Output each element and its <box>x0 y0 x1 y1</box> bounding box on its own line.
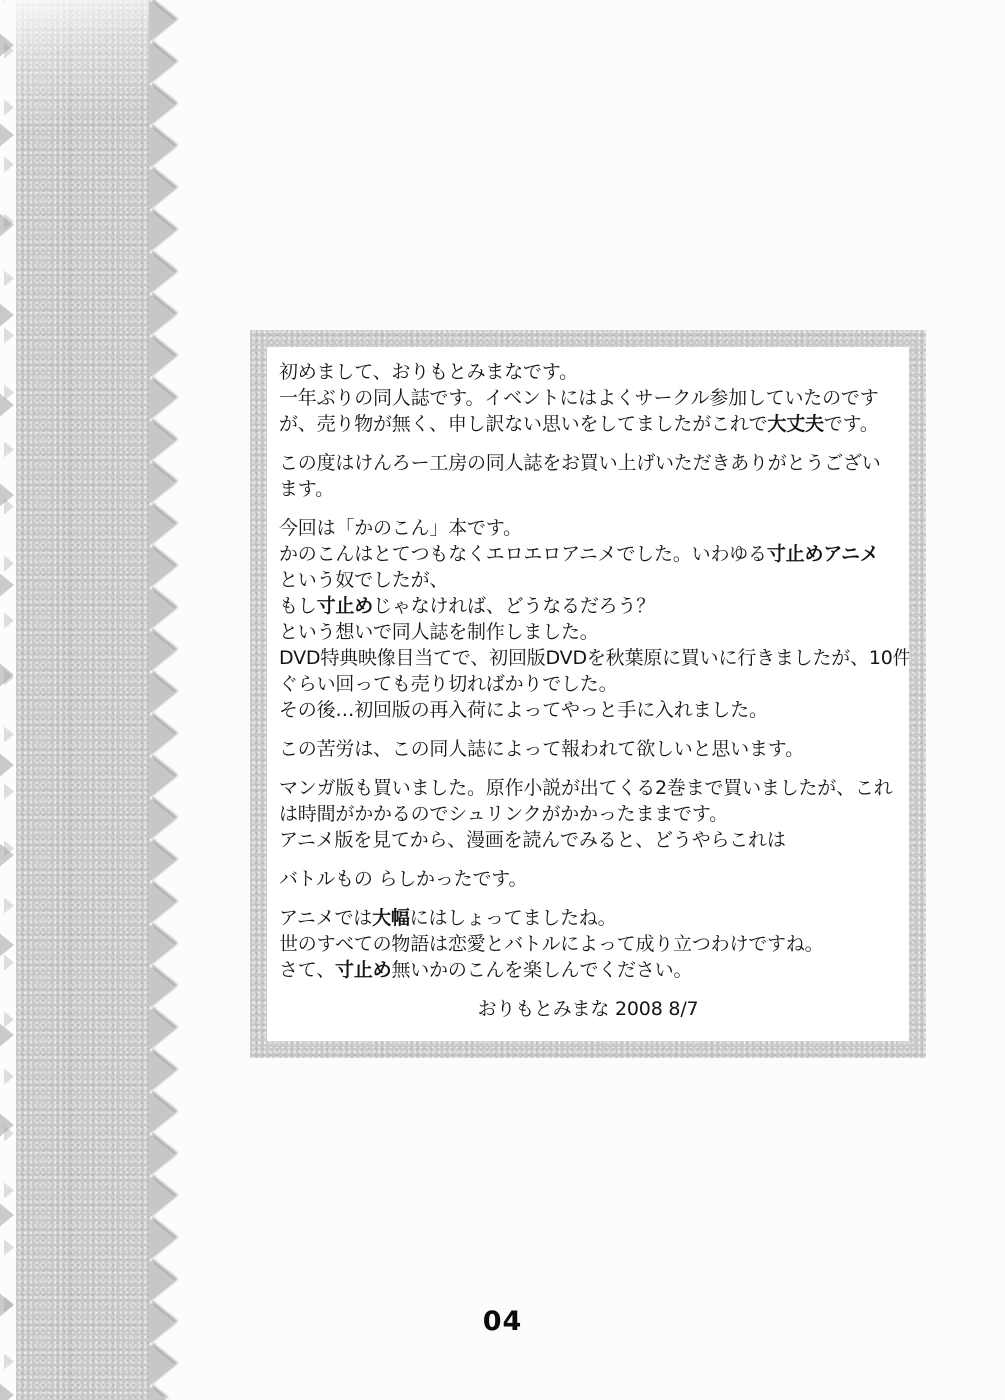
text-line: かのこんはとてつもなくエロエロアニメでした。いわゆる寸止めアニメ <box>279 541 897 567</box>
text-line: 世のすべての物語は恋愛とバトルによって成り立つわけですね。 <box>279 931 897 957</box>
text-line: この苦労は、この同人誌によって報われて欲しいと思います。 <box>279 736 897 762</box>
text-line: という奴でしたが、 <box>279 567 897 593</box>
page-number: 04 <box>0 1306 1005 1337</box>
text-line: アニメでは大幅にはしょってましたね。 <box>279 905 897 931</box>
afterword-box: 初めまして、おりもとみまなです。一年ぶりの同人誌です。イベントにはよくサークル参… <box>250 330 926 1058</box>
text-line: マンガ版も買いました。原作小説が出てくる2巻まで買いましたが、これ <box>279 775 897 801</box>
afterword-text: 初めまして、おりもとみまなです。一年ぶりの同人誌です。イベントにはよくサークル参… <box>267 347 909 1041</box>
text-line: という想いで同人誌を制作しました。 <box>279 619 897 645</box>
text-line: は時間がかかるのでシュリンクがかかったままです。 <box>279 801 897 827</box>
paragraph: 初めまして、おりもとみまなです。一年ぶりの同人誌です。イベントにはよくサークル参… <box>279 359 897 437</box>
paragraph: おりもとみまな 2008 8/7 <box>279 996 897 1022</box>
paragraph: 今回は「かのこん」本です。 かのこんはとてつもなくエロエロアニメでした。いわゆる… <box>279 515 897 723</box>
text-line: さて、寸止め無いかのこんを楽しんでください。 <box>279 957 897 983</box>
text-line: その後…初回版の再入荷によってやっと手に入れました。 <box>279 697 897 723</box>
page: { "page": { "number": "04", "paper_color… <box>0 0 1005 1400</box>
text-line: 初めまして、おりもとみまなです。 <box>279 359 897 385</box>
paragraph: マンガ版も買いました。原作小説が出てくる2巻まで買いましたが、これは時間がかかる… <box>279 775 897 853</box>
text-line: ます。 <box>279 476 897 502</box>
paragraph: バトルもの らしかったです。 <box>279 866 897 892</box>
text-line: おりもとみまな 2008 8/7 <box>279 996 897 1022</box>
paragraph: アニメでは大幅にはしょってましたね。世のすべての物語は恋愛とバトルによって成り立… <box>279 905 897 983</box>
text-line: 今回は「かのこん」本です。 <box>279 515 897 541</box>
paragraph: この苦労は、この同人誌によって報われて欲しいと思います。 <box>279 736 897 762</box>
text-line: DVD特典映像目当てで、初回版DVDを秋葉原に買いに行きましたが、10件 <box>279 645 897 671</box>
zigzag-edge <box>149 0 175 1400</box>
text-line: もし寸止めじゃなければ、どうなるだろう？ <box>279 593 897 619</box>
text-line: この度はけんろー工房の同人誌をお買い上げいただきありがとうござい <box>279 450 897 476</box>
edge-band <box>16 0 149 1400</box>
torn-page-edge <box>0 0 175 1400</box>
text-line: 一年ぶりの同人誌です。イベントにはよくサークル参加していたのです <box>279 385 897 411</box>
text-line: バトルもの らしかったです。 <box>279 866 897 892</box>
text-line: アニメ版を見てから、漫画を読んでみると、どうやらこれは <box>279 827 897 853</box>
text-line: が、売り物が無く、申し訳ない思いをしてましたがこれで大丈夫です。 <box>279 411 897 437</box>
paragraph: この度はけんろー工房の同人誌をお買い上げいただきありがとうございます。 <box>279 450 897 502</box>
text-line: ぐらい回っても売り切ればかりでした。 <box>279 671 897 697</box>
